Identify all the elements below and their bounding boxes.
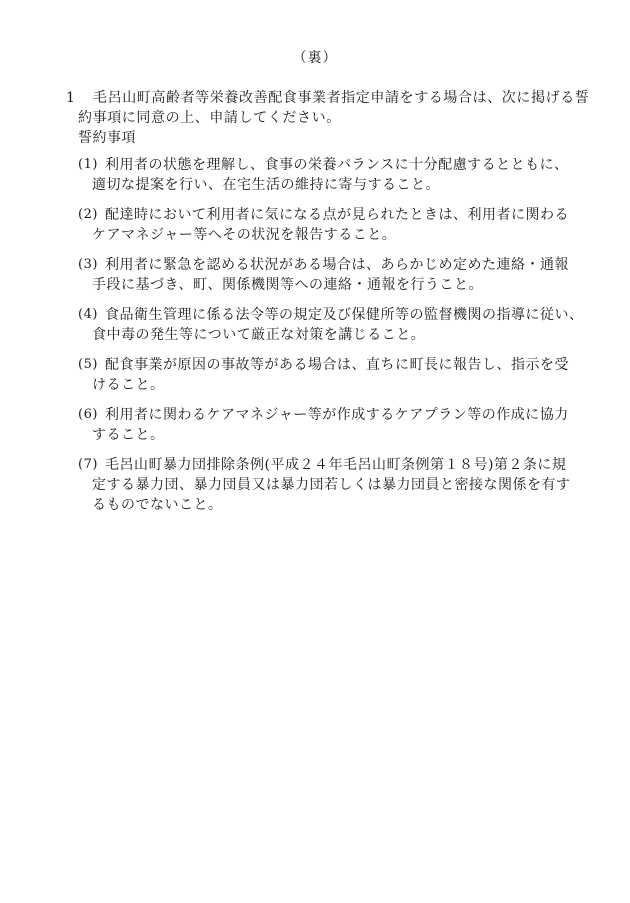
pledge-number: (6): [78, 405, 98, 425]
pledge-line: 配食事業が原因の事故等がある場合は、直ちに町長に報告し、指示を受: [105, 355, 598, 375]
pledge-line: 毛呂山町暴力団排除条例(平成２４年毛呂山町条例第１８号)第２条に規: [105, 455, 598, 475]
pledge-text: 配食事業が原因の事故等がある場合は、直ちに町長に報告し、指示を受 けること。: [105, 355, 598, 395]
pledge-text: 利用者の状態を理解し、食事の栄養バランスに十分配慮するとともに、 適切な提案を行…: [105, 155, 598, 195]
pledge-number: (1): [78, 155, 98, 175]
intro-paragraph: 1 毛呂山町高齢者等栄養改善配食事業者指定申請をする場合は、次に掲げる誓 約事項…: [66, 88, 596, 128]
pledge-text: 毛呂山町暴力団排除条例(平成２４年毛呂山町条例第１８号)第２条に規 定する暴力団…: [105, 455, 598, 515]
pledge-text: 食品衛生管理に係る法令等の規定及び保健所等の監督機関の指導に従い、 食中毒の発生…: [105, 305, 598, 345]
pledge-item: (1) 利用者の状態を理解し、食事の栄養バランスに十分配慮するとともに、 適切な…: [78, 155, 598, 195]
section-heading: 誓約事項: [78, 128, 136, 148]
pledge-number: (4): [78, 305, 98, 325]
pledge-item: (5) 配食事業が原因の事故等がある場合は、直ちに町長に報告し、指示を受 けるこ…: [78, 355, 598, 395]
intro-text: 毛呂山町高齢者等栄養改善配食事業者指定申請をする場合は、次に掲げる誓 約事項に同…: [66, 88, 596, 128]
pledge-text: 利用者に関わるケアマネジャー等が作成するケアプラン等の作成に協力 すること。: [105, 405, 598, 445]
pledge-line: けること。: [92, 375, 598, 395]
pledge-item: (3) 利用者に緊急を認める状況がある場合は、あらかじめ定めた連絡・通報 手段に…: [78, 255, 598, 295]
pledge-line: るものでないこと。: [92, 495, 598, 515]
pledge-text: 利用者に緊急を認める状況がある場合は、あらかじめ定めた連絡・通報 手段に基づき、…: [105, 255, 598, 295]
pledge-line: すること。: [92, 425, 598, 445]
pledge-number: (5): [78, 355, 98, 375]
pledge-item: (6) 利用者に関わるケアマネジャー等が作成するケアプラン等の作成に協力 するこ…: [78, 405, 598, 445]
pledge-line: 食中毒の発生等について厳正な対策を講じること。: [92, 325, 598, 345]
intro-number: 1: [66, 88, 75, 108]
pledge-line: 定する暴力団、暴力団員又は暴力団若しくは暴力団員と密接な関係を有す: [92, 475, 598, 495]
pledge-line: ケアマネジャー等へその状況を報告すること。: [92, 225, 598, 245]
pledge-number: (3): [78, 255, 98, 275]
pledge-line: 食品衛生管理に係る法令等の規定及び保健所等の監督機関の指導に従い、: [105, 305, 598, 325]
pledge-line: 利用者の状態を理解し、食事の栄養バランスに十分配慮するとともに、: [105, 155, 598, 175]
pledge-item: (4) 食品衛生管理に係る法令等の規定及び保健所等の監督機関の指導に従い、 食中…: [78, 305, 598, 345]
pledge-line: 配達時において利用者に気になる点が見られたときは、利用者に関わる: [105, 205, 598, 225]
pledge-list: (1) 利用者の状態を理解し、食事の栄養バランスに十分配慮するとともに、 適切な…: [78, 155, 598, 525]
pledge-line: 手段に基づき、町、関係機関等への連絡・通報を行うこと。: [92, 275, 598, 295]
pledge-text: 配達時において利用者に気になる点が見られたときは、利用者に関わる ケアマネジャー…: [105, 205, 598, 245]
pledge-line: 利用者に緊急を認める状況がある場合は、あらかじめ定めた連絡・通報: [105, 255, 598, 275]
pledge-line: 適切な提案を行い、在宅生活の維持に寄与すること。: [92, 175, 598, 195]
intro-line: 毛呂山町高齢者等栄養改善配食事業者指定申請をする場合は、次に掲げる誓: [78, 88, 596, 108]
pledge-line: 利用者に関わるケアマネジャー等が作成するケアプラン等の作成に協力: [105, 405, 598, 425]
intro-line: 約事項に同意の上、申請してください。: [78, 108, 596, 128]
pledge-item: (7) 毛呂山町暴力団排除条例(平成２４年毛呂山町条例第１８号)第２条に規 定す…: [78, 455, 598, 515]
pledge-number: (2): [78, 205, 98, 225]
pledge-item: (2) 配達時において利用者に気になる点が見られたときは、利用者に関わる ケアマ…: [78, 205, 598, 245]
pledge-number: (7): [78, 455, 98, 475]
page-label: （裏）: [0, 48, 630, 68]
